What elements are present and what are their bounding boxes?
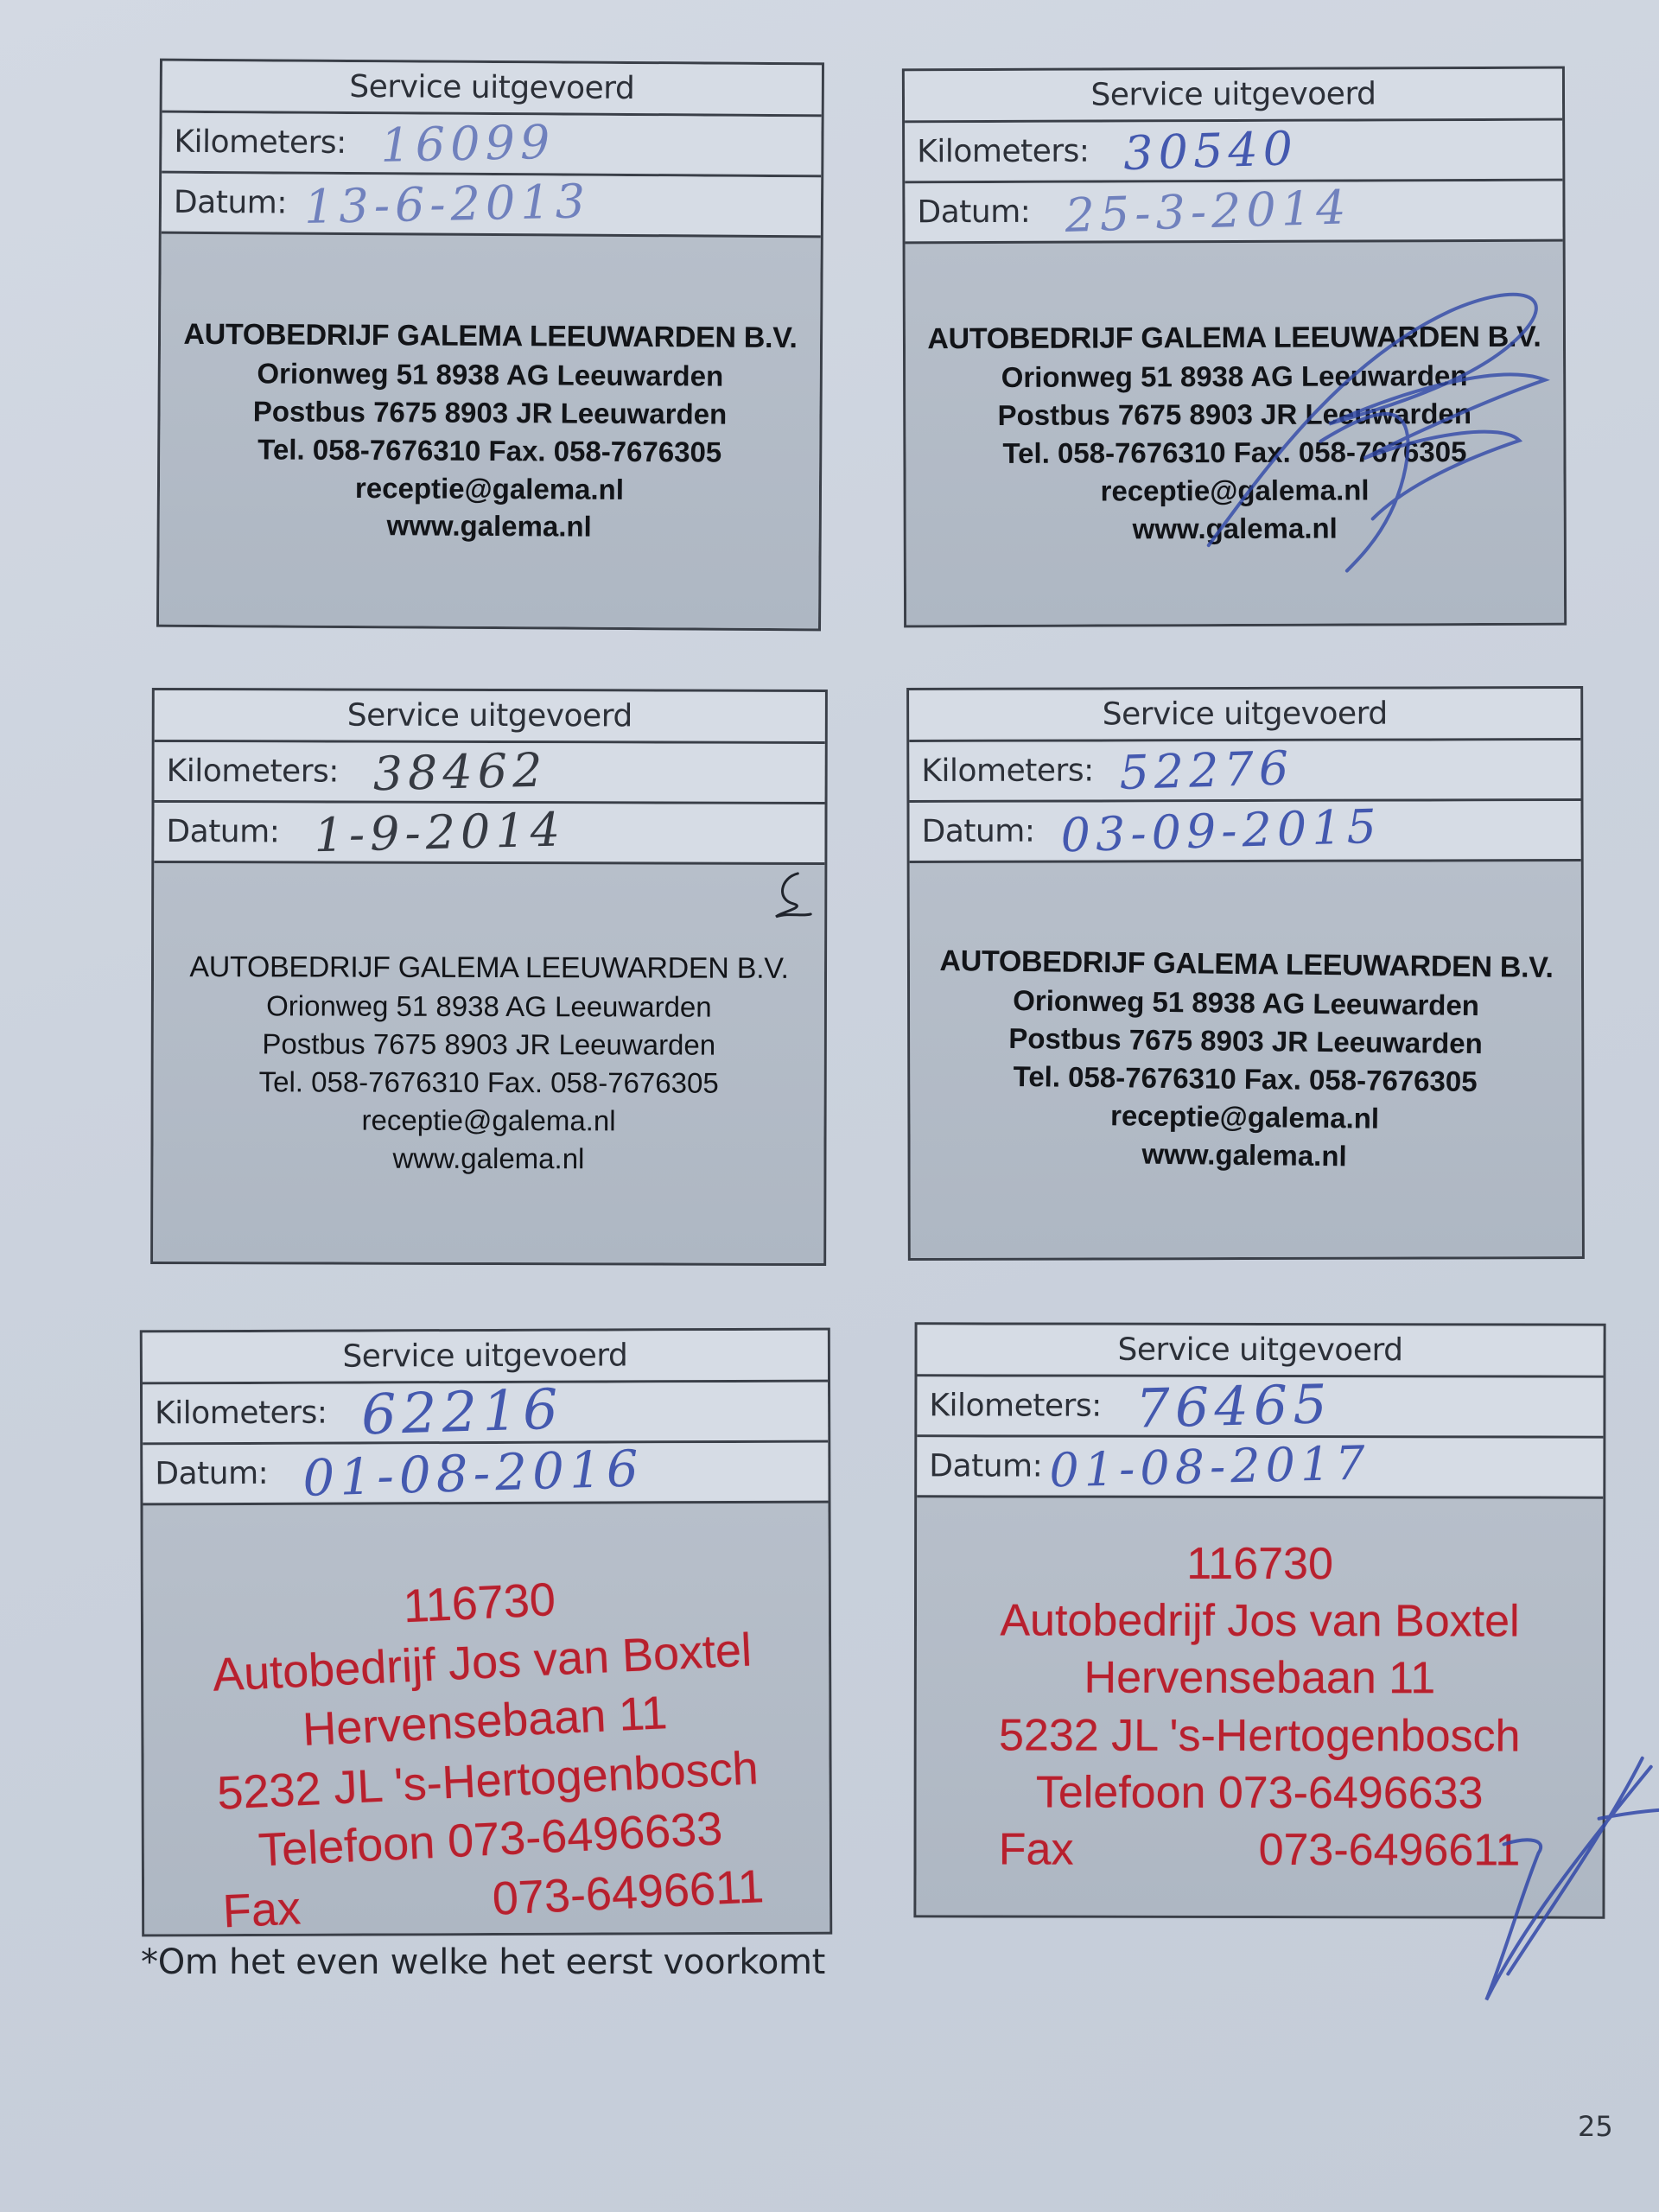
datum-label: Datum: [155,1456,268,1491]
dealer-stamp-text: AUTOBEDRIJF GALEMA LEEUWARDEN B.V. Orion… [182,315,798,548]
datum-value: 03-09-2015 [1060,799,1382,863]
stamp-line: Tel. 058-7676310 Fax. 058-7676305 [183,430,797,472]
stamp-phone-number: 073-6496633 [447,1803,724,1868]
stamp-line: Postbus 7675 8903 JR Leeuwarden [189,1025,788,1065]
datum-label: Datum: [917,194,1030,230]
card-title: Service uitgevoerd [1118,1332,1403,1369]
dealer-stamp-text: 116730 Autobedrijf Jos van Boxtel Herven… [207,1560,765,1942]
service-record-card-4: Service uitgevoerd Kilometers: 52276 Dat… [906,686,1585,1261]
stamp-fax-label: Fax [221,1878,302,1942]
stamp-line: Tel. 058-7676310 Fax. 058-7676305 [938,1057,1553,1102]
datum-row: Datum: 25-3-2014 [905,181,1562,245]
datum-label: Datum: [922,814,1035,849]
card-header: Service uitgevoerd [917,1325,1603,1377]
stamp-email: receptie@galema.nl [928,471,1541,511]
kilometers-value: 16099 [380,115,556,173]
dealer-stamp-text: AUTOBEDRIJF GALEMA LEEUWARDEN B.V. Orion… [927,318,1541,549]
datum-label: Datum: [174,185,287,221]
kilometers-value: 52276 [1119,741,1295,800]
stamp-line: Tel. 058-7676310 Fax. 058-7676305 [928,433,1541,473]
service-booklet-page: Service uitgevoerd Kilometers: 16099 Dat… [0,0,1659,2212]
kilometers-row: Kilometers: 52276 [909,741,1580,803]
dealer-stamp: 116730 Autobedrijf Jos van Boxtel Herven… [143,1503,829,1935]
stamp-website: www.galema.nl [182,505,796,547]
stamp-line: Postbus 7675 8903 JR Leeuwarden [183,392,797,434]
service-record-card-5: Service uitgevoerd Kilometers: 62216 Dat… [140,1328,832,1937]
datum-value: 01-08-2016 [302,1439,644,1508]
datum-row: Datum: 03-09-2015 [909,801,1580,863]
stamp-company: AUTOBEDRIJF GALEMA LEEUWARDEN B.V. [183,315,797,359]
card-title: Service uitgevoerd [1090,76,1376,112]
card-header: Service uitgevoerd [143,1331,828,1385]
kilometers-label: Kilometers: [929,1388,1101,1423]
kilometers-value: 62216 [360,1377,564,1447]
stamp-phone-label: Telefoon [257,1816,436,1877]
kilometers-row: Kilometers: 62216 [143,1382,828,1446]
stamp-website: www.galema.nl [189,1139,788,1179]
stamp-line: Postbus 7675 8903 JR Leeuwarden [928,395,1541,435]
card-title: Service uitgevoerd [349,69,634,106]
stamp-dealer-number: 116730 [999,1535,1521,1593]
stamp-phone-number: 073-6496633 [1218,1767,1484,1818]
dealer-stamp-text: AUTOBEDRIJF GALEMA LEEUWARDEN B.V. Orion… [189,948,789,1178]
stamp-street: Hervensebaan 11 [999,1649,1521,1707]
stamp-fax-label: Fax [999,1821,1074,1878]
datum-row: Datum: 1-9-2014 [154,803,824,865]
dealer-stamp-text: AUTOBEDRIJF GALEMA LEEUWARDEN B.V. Orion… [938,942,1554,1178]
kilometers-row: Kilometers: 30540 [905,121,1562,184]
dealer-stamp: AUTOBEDRIJF GALEMA LEEUWARDEN B.V. Orion… [153,863,824,1263]
kilometers-row: Kilometers: 76465 [917,1376,1603,1438]
stamp-company: AUTOBEDRIJF GALEMA LEEUWARDEN B.V. [189,948,788,988]
stamp-fax-number: 073-6496611 [1259,1821,1521,1879]
datum-value: 25-3-2014 [1065,180,1352,243]
stamp-fax: Fax073-6496611 [999,1821,1521,1878]
stamp-phone-label: Telefoon [1036,1767,1206,1817]
stamp-phone: Telefoon 073-6496633 [999,1764,1521,1821]
stamp-website: www.galema.nl [938,1133,1552,1178]
dealer-stamp: 116730 Autobedrijf Jos van Boxtel Herven… [916,1497,1603,1916]
stamp-company: Autobedrijf Jos van Boxtel [999,1592,1521,1650]
datum-value: 13-6-2013 [303,174,590,234]
dealer-stamp-text: 116730 Autobedrijf Jos van Boxtel Herven… [999,1535,1521,1878]
stamp-city: 5232 JL 's-Hertogenbosch [999,1707,1521,1764]
page-number: 25 [1578,2110,1613,2143]
kilometers-label: Kilometers: [167,753,339,790]
kilometers-label: Kilometers: [155,1395,327,1432]
service-record-card-1: Service uitgevoerd Kilometers: 16099 Dat… [156,59,824,632]
dealer-stamp: AUTOBEDRIJF GALEMA LEEUWARDEN B.V. Orion… [906,242,1565,626]
stamp-email: receptie@galema.nl [189,1101,788,1141]
datum-row: Datum: 01-08-2016 [143,1443,828,1506]
stamp-website: www.galema.nl [928,509,1541,549]
stamp-company: AUTOBEDRIJF GALEMA LEEUWARDEN B.V. [927,318,1541,359]
kilometers-label: Kilometers: [917,134,1089,170]
stamp-fax-number: 073-6496611 [491,1857,765,1929]
datum-value: 1-9-2014 [314,802,566,862]
datum-value: 01-08-2017 [1049,1435,1371,1497]
datum-row: Datum: 01-08-2017 [917,1437,1603,1498]
stamp-line: Orionweg 51 8938 AG Leeuwarden [927,357,1541,397]
datum-label: Datum: [929,1448,1042,1484]
kilometers-value: 38462 [372,743,548,802]
stamp-line: Orionweg 51 8938 AG Leeuwarden [183,354,797,396]
stamp-line: Orionweg 51 8938 AG Leeuwarden [189,988,788,1027]
service-record-card-6: Service uitgevoerd Kilometers: 76465 Dat… [913,1322,1605,1918]
kilometers-row: Kilometers: 16099 [162,113,821,178]
service-record-card-3: Service uitgevoerd Kilometers: 38462 Dat… [150,688,828,1266]
card-title: Service uitgevoerd [1103,696,1388,733]
card-header: Service uitgevoerd [905,69,1562,124]
stamp-line: Tel. 058-7676310 Fax. 058-7676305 [189,1063,788,1103]
footnote: *Om het even welke het eerst voorkomt [141,1942,825,1982]
kilometers-row: Kilometers: 38462 [155,742,825,804]
card-header: Service uitgevoerd [162,61,822,118]
card-header: Service uitgevoerd [909,689,1580,742]
service-record-card-2: Service uitgevoerd Kilometers: 30540 Dat… [902,67,1567,628]
kilometers-label: Kilometers: [921,753,1093,789]
datum-label: Datum: [166,814,279,849]
kilometers-label: Kilometers: [174,124,346,161]
dealer-stamp: AUTOBEDRIJF GALEMA LEEUWARDEN B.V. Orion… [159,234,821,629]
card-header: Service uitgevoerd [155,690,825,744]
kilometers-value: 76465 [1135,1372,1333,1440]
kilometers-value: 30540 [1123,121,1300,181]
datum-row: Datum: 13-6-2013 [162,174,821,238]
stamp-email: receptie@galema.nl [182,467,796,509]
dealer-stamp: AUTOBEDRIJF GALEMA LEEUWARDEN B.V. Orion… [910,861,1582,1258]
card-title: Service uitgevoerd [347,698,632,734]
card-title: Service uitgevoerd [342,1338,627,1374]
